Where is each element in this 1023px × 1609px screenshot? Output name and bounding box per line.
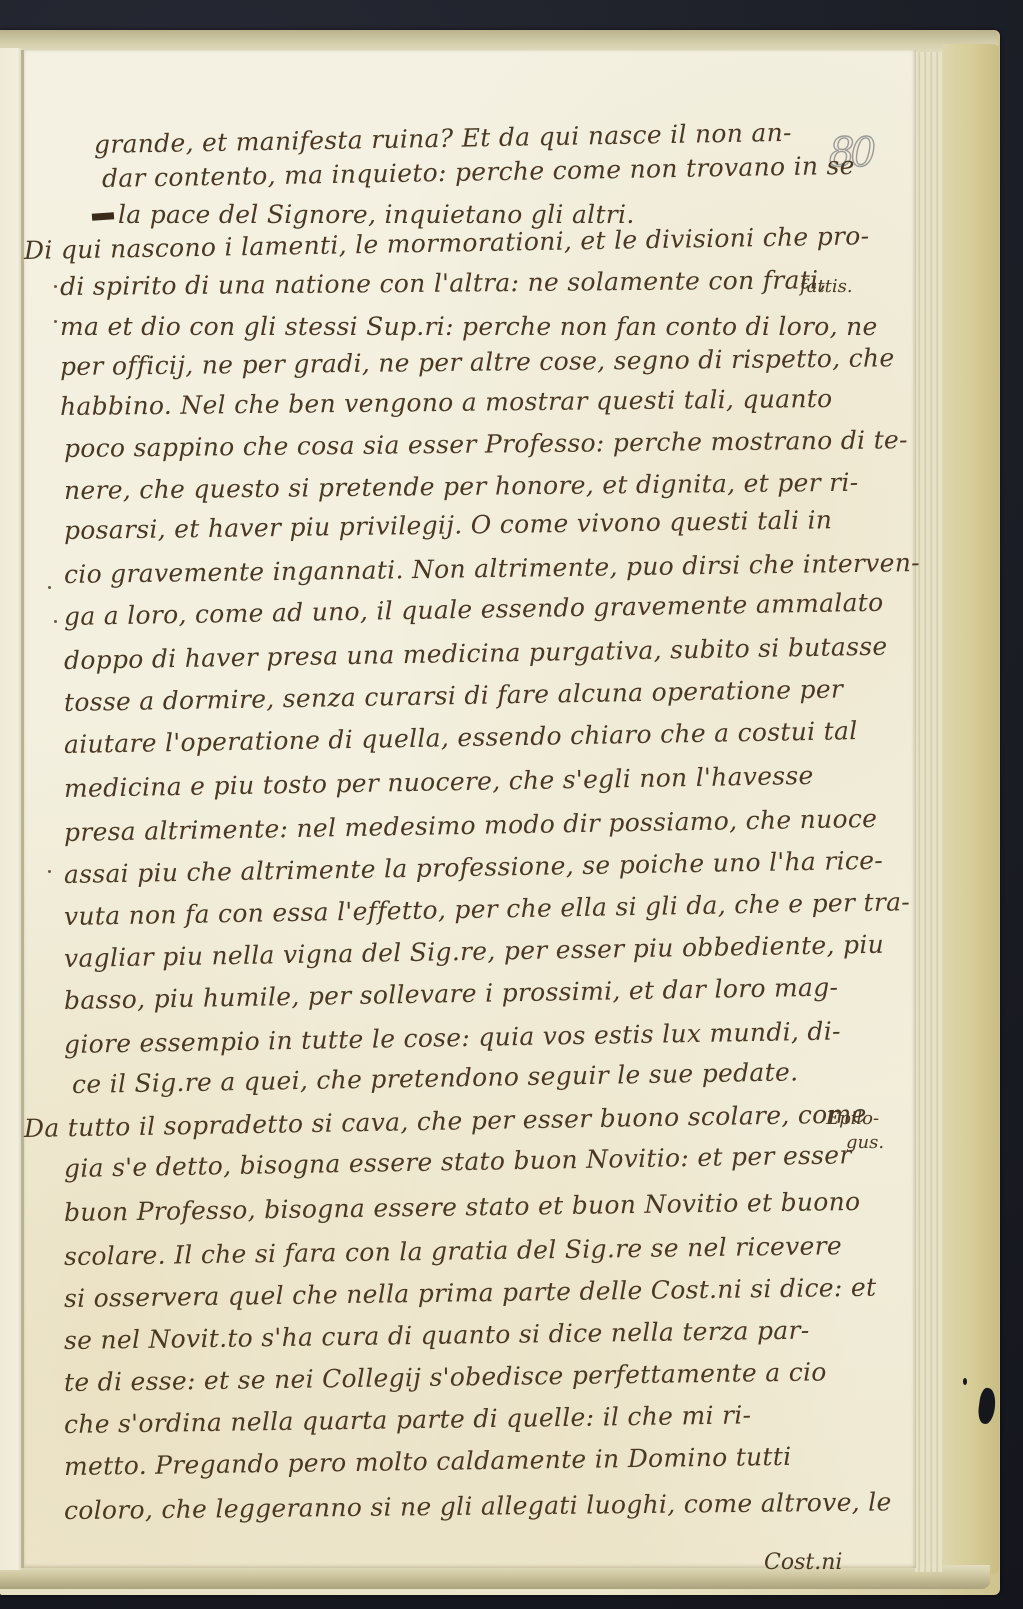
text-line: che s'ordina nella quarta parte di quell…	[64, 1400, 752, 1439]
text-line: gia s'e detto, bisogna essere stato buon…	[64, 1140, 852, 1183]
margin-note-epilogus: Epilo-	[826, 1108, 879, 1129]
text-line: la pace del Signore, inquietano gli altr…	[92, 200, 635, 229]
text-line: posarsi, et haver piu privilegij. O come…	[64, 505, 833, 545]
facing-page-edge	[0, 48, 22, 1570]
text-line: si osservera quel che nella prima parte …	[64, 1273, 877, 1313]
text-line: vuta non fa con essa l'effetto, per che …	[64, 887, 911, 931]
text-line: ga a loro, come ad uno, il quale essendo…	[64, 588, 884, 631]
text-line: di spirito di una natione con l'altra: n…	[60, 265, 827, 301]
text-line: cio gravemente ingannati. Non altrimente…	[64, 548, 920, 589]
margin-dot	[48, 586, 51, 589]
text-line: metto. Pregando pero molto caldamente in…	[64, 1442, 792, 1481]
cover-right-flap	[943, 44, 999, 1574]
page-edges	[915, 52, 943, 1572]
manuscript-page: 80 grande, et manifesta ruina? Et da qui…	[24, 50, 916, 1568]
cover-damage-dot	[963, 1378, 967, 1385]
text-line: tosse a dormire, senza curarsi di fare a…	[64, 674, 844, 717]
margin-dot	[48, 870, 51, 873]
text-line: dar contento, ma inquieto: perche come n…	[102, 151, 855, 193]
text-line: habbino. Nel che ben vengono a mostrar q…	[60, 384, 833, 421]
text-line: ce il Sig.re a quei, che pretendono segu…	[72, 1057, 799, 1099]
text-line: coloro, che leggeranno si ne gli allegat…	[64, 1487, 892, 1525]
text-line: assai piu che altrimente la professione,…	[64, 846, 884, 889]
margin-dot	[54, 285, 57, 288]
catchword: Cost.ni	[764, 1550, 842, 1575]
margin-note: fattis.	[800, 276, 853, 297]
text-line: Da tutto il sopradetto si cava, che per …	[24, 1099, 867, 1143]
text-line: vagliar piu nella vigna del Sig.re, per …	[64, 930, 885, 973]
text-line: aiutare l'operatione di quella, essendo …	[64, 716, 858, 759]
text-line-content: la pace del Signore, inquietano gli altr…	[118, 200, 635, 229]
struck-word	[92, 212, 114, 221]
margin-note-epilogus: gus.	[846, 1132, 884, 1153]
text-line: presa altrimente: nel medesimo modo dir …	[64, 804, 878, 847]
text-line: medicina e piu tosto per nuocere, che s'…	[64, 761, 814, 803]
text-line: ma et dio con gli stessi Sup.ri: perche …	[60, 312, 878, 341]
text-line: buon Professo, bisogna essere stato et b…	[64, 1187, 861, 1227]
text-line: per officij, ne per gradi, ne per altre …	[60, 343, 895, 381]
manuscript-scan: 80 grande, et manifesta ruina? Et da qui…	[0, 0, 1023, 1609]
text-line: doppo di haver presa una medicina purgat…	[64, 632, 888, 675]
text-line: giore essempio in tutte le cose: quia vo…	[64, 1016, 841, 1059]
text-line: te di esse: et se nei Collegij s'obedisc…	[64, 1357, 827, 1397]
margin-dot	[54, 620, 57, 623]
text-line: basso, piu humile, per sollevare i pross…	[64, 972, 839, 1015]
text-line: nere, che questo si pretende per honore,…	[64, 468, 859, 505]
text-line: se nel Novit.to s'ha cura di quanto si d…	[64, 1316, 810, 1355]
handwritten-text: grande, et manifesta ruina? Et da qui na…	[24, 50, 916, 1568]
text-line: poco sappino che cosa sia esser Professo…	[64, 425, 908, 463]
text-line: scolare. Il che si fara con la gratia de…	[64, 1231, 842, 1271]
margin-dot	[54, 320, 57, 323]
